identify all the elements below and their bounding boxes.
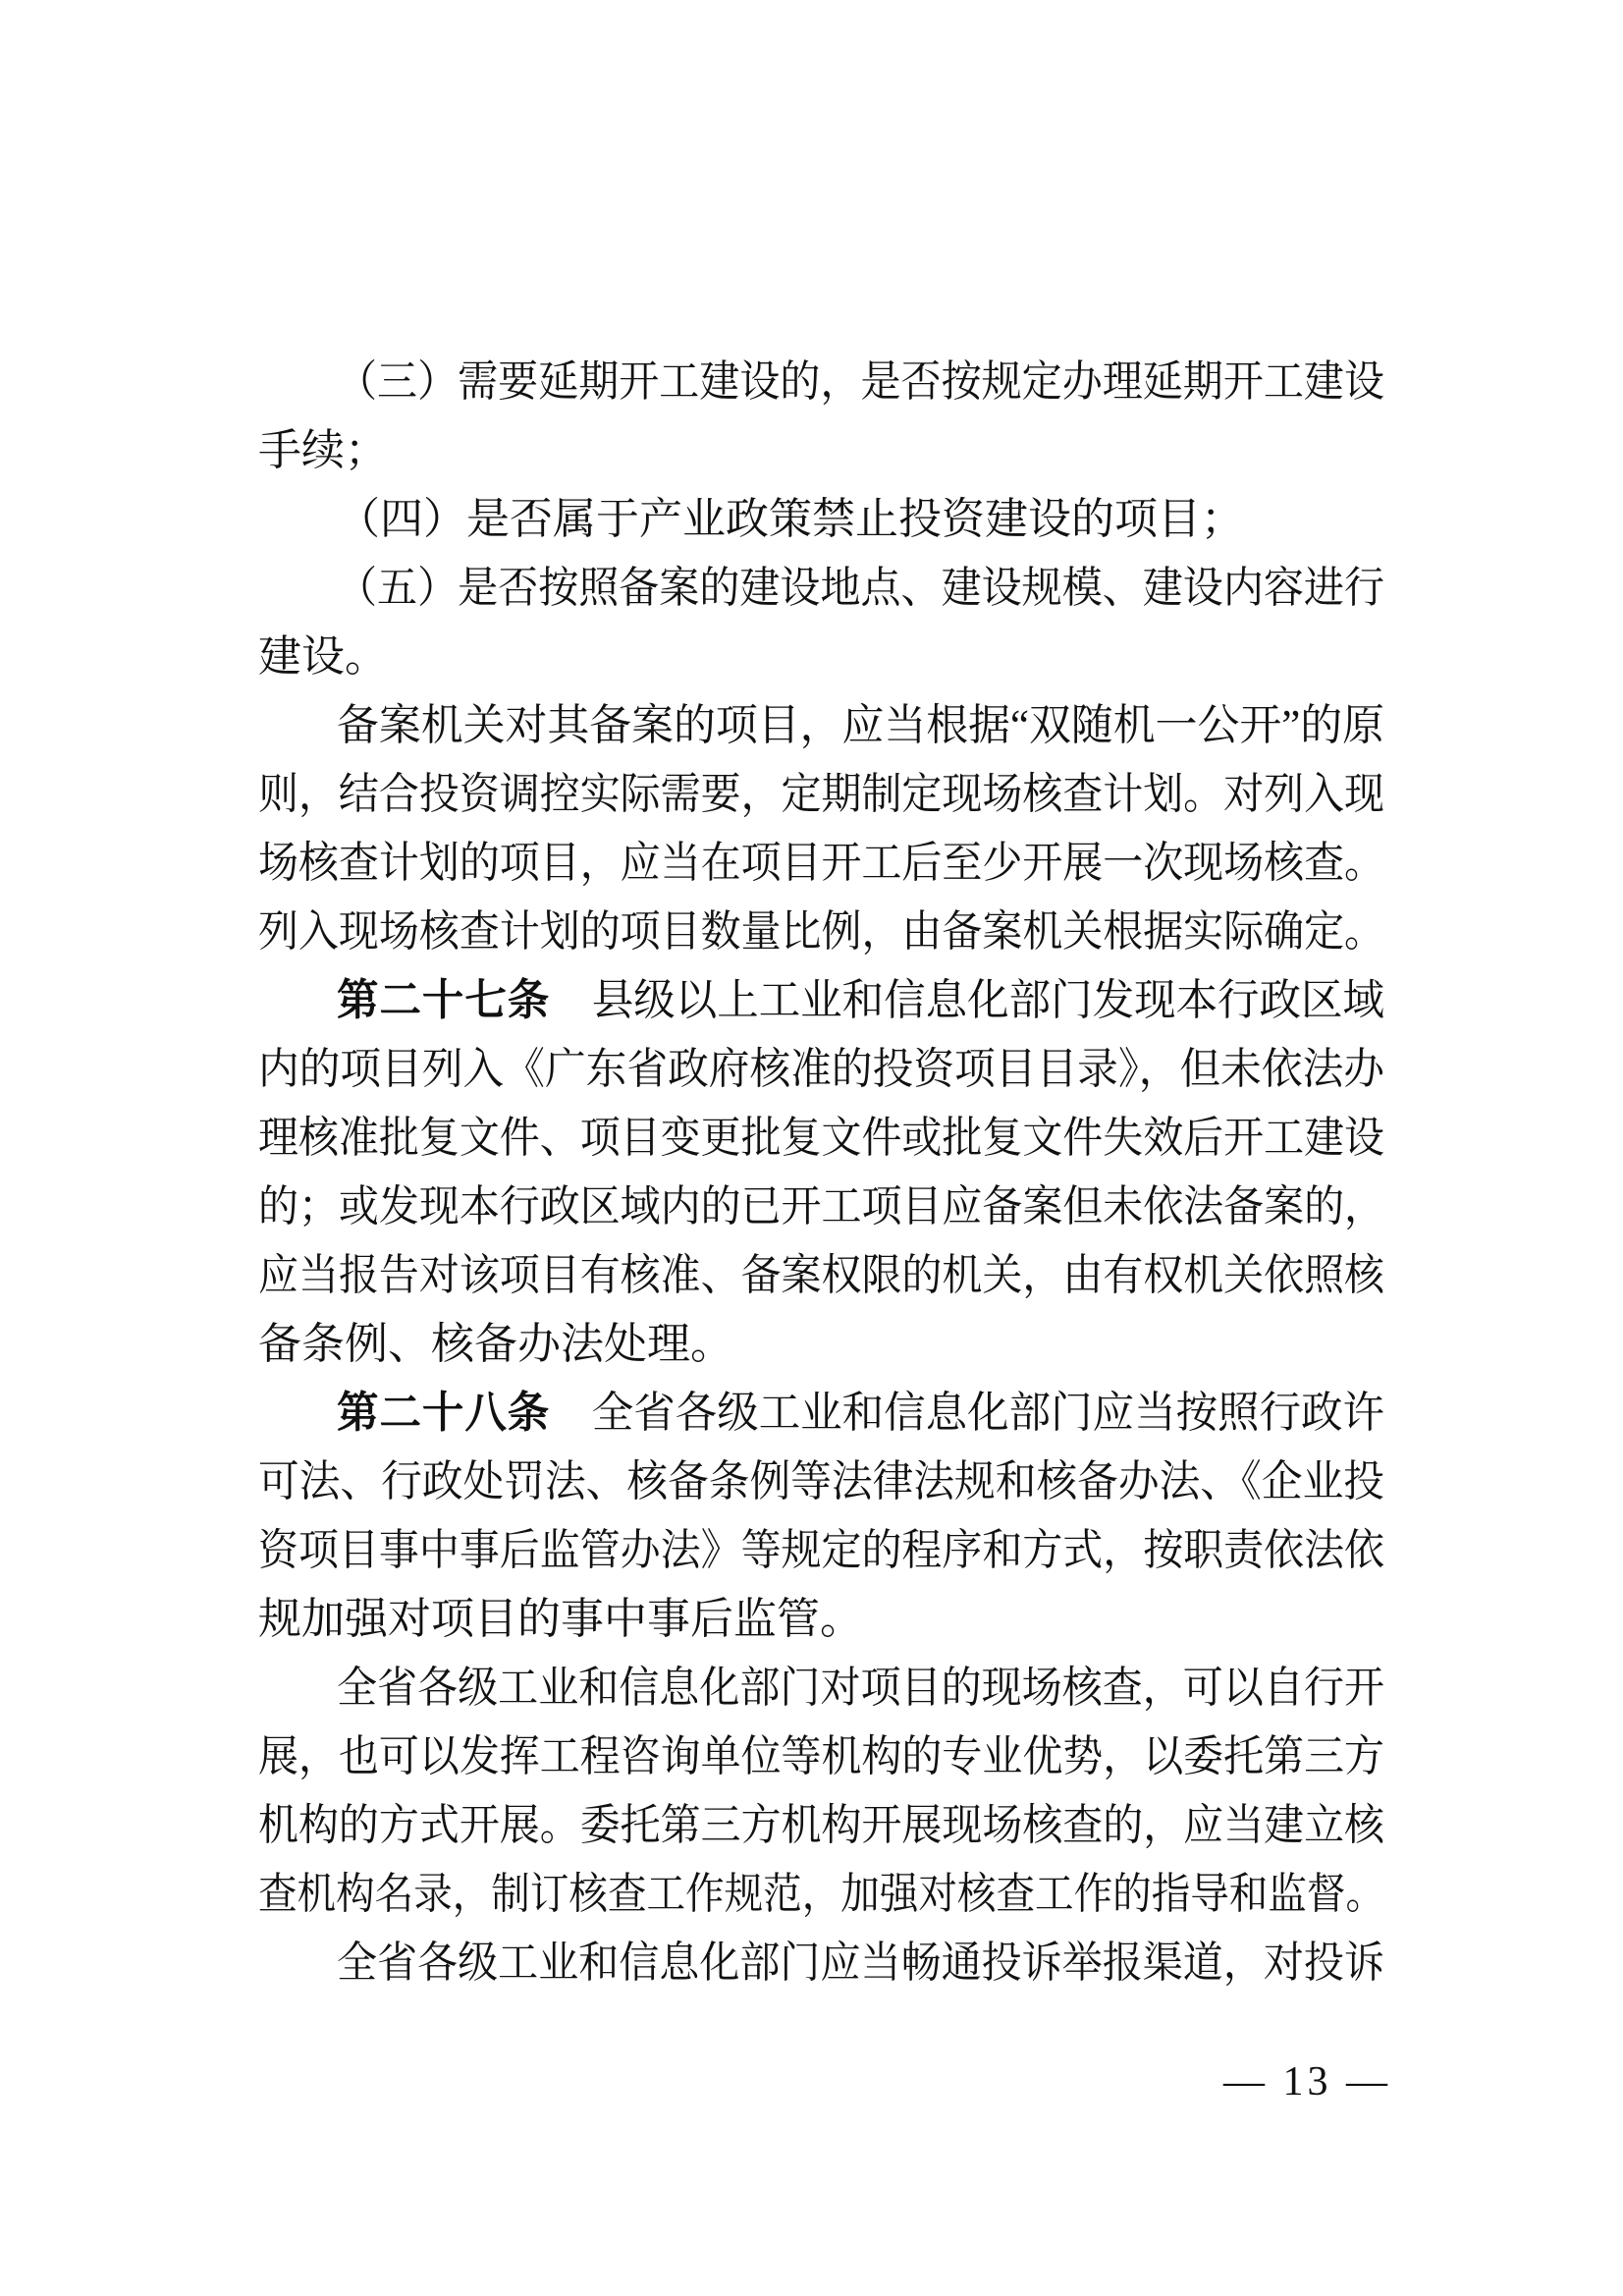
line-content: 备条例、核备办法处理。 <box>258 1310 733 1379</box>
line-content: 可法、行政处罚法、核备条例等法律法规和核备办法、《企业投 <box>258 1448 1384 1516</box>
article-number: 第二十八条 <box>337 1389 550 1437</box>
line-content: 则，结合投资调控实际需要，定期制定现场核查计划。对列入现 <box>258 760 1384 829</box>
line-content: 备案机关对其备案的项目，应当根据“双随机一公开”的原 <box>337 691 1384 760</box>
line-content: 第二十七条县级以上工业和信息化部门发现本行政区域 <box>337 966 1384 1035</box>
line-content: （四）是否属于产业政策禁止投资建设的项目； <box>337 485 1244 554</box>
article-number: 第二十七条 <box>337 976 550 1024</box>
text-line: 的；或发现本行政区域内的已开工项目应备案但未依法备案的， <box>258 1173 1384 1241</box>
line-content: 机构的方式开展。委托第三方机构开展现场核查的，应当建立核 <box>258 1791 1384 1860</box>
line-content: 全省各级工业和信息化部门应当畅通投诉举报渠道，对投诉 <box>337 1929 1384 1997</box>
text-line: 内的项目列入《广东省政府核准的投资项目目录》，但未依法办 <box>258 1035 1384 1104</box>
line-content: 资项目事中事后监管办法》等规定的程序和方式，按职责依法依 <box>258 1516 1384 1585</box>
text-line: 资项目事中事后监管办法》等规定的程序和方式，按职责依法依 <box>258 1516 1384 1585</box>
line-content: 列入现场核查计划的项目数量比例，由备案机关根据实际确定。 <box>258 898 1384 966</box>
line-content: 查机构名录，制订核查工作规范，加强对核查工作的指导和监督。 <box>258 1860 1384 1929</box>
article-heading-line: 第二十七条县级以上工业和信息化部门发现本行政区域 <box>258 966 1384 1035</box>
line-content: 全省各级工业和信息化部门对项目的现场核查，可以自行开 <box>337 1654 1384 1722</box>
line-content: （五）是否按照备案的建设地点、建设规模、建设内容进行 <box>337 554 1384 623</box>
text-line: 全省各级工业和信息化部门对项目的现场核查，可以自行开 <box>258 1654 1384 1722</box>
text-line: 列入现场核查计划的项目数量比例，由备案机关根据实际确定。 <box>258 898 1384 966</box>
text-line: 应当报告对该项目有核准、备案权限的机关，由有权机关依照核 <box>258 1241 1384 1310</box>
line-content: 内的项目列入《广东省政府核准的投资项目目录》，但未依法办 <box>258 1035 1384 1104</box>
text-line: 可法、行政处罚法、核备条例等法律法规和核备办法、《企业投 <box>258 1448 1384 1516</box>
text-line: 全省各级工业和信息化部门应当畅通投诉举报渠道，对投诉 <box>258 1929 1384 1997</box>
line-content: 第二十八条全省各级工业和信息化部门应当按照行政许 <box>337 1379 1384 1448</box>
text-line: 备条例、核备办法处理。 <box>258 1310 1384 1379</box>
line-content: 建设。 <box>258 623 388 691</box>
document-page: （三）需要延期开工建设的，是否按规定办理延期开工建设手续；（四）是否属于产业政策… <box>0 0 1623 2296</box>
text-line: 规加强对项目的事中事后监管。 <box>258 1585 1384 1654</box>
line-content: （三）需要延期开工建设的，是否按规定办理延期开工建设 <box>337 348 1384 416</box>
text-block: （三）需要延期开工建设的，是否按规定办理延期开工建设手续；（四）是否属于产业政策… <box>258 348 1384 1997</box>
text-line: （五）是否按照备案的建设地点、建设规模、建设内容进行 <box>258 554 1384 623</box>
line-content: 场核查计划的项目，应当在项目开工后至少开展一次现场核查。 <box>258 829 1384 898</box>
text-line: 建设。 <box>258 623 1384 691</box>
article-heading-line: 第二十八条全省各级工业和信息化部门应当按照行政许 <box>258 1379 1384 1448</box>
line-content: 展，也可以发挥工程咨询单位等机构的专业优势，以委托第三方 <box>258 1722 1384 1791</box>
text-line: （四）是否属于产业政策禁止投资建设的项目； <box>258 485 1384 554</box>
text-line: 则，结合投资调控实际需要，定期制定现场核查计划。对列入现 <box>258 760 1384 829</box>
line-content: 手续； <box>258 416 388 485</box>
line-content: 理核准批复文件、项目变更批复文件或批复文件失效后开工建设 <box>258 1104 1384 1173</box>
text-line: 备案机关对其备案的项目，应当根据“双随机一公开”的原 <box>258 691 1384 760</box>
line-content: 应当报告对该项目有核准、备案权限的机关，由有权机关依照核 <box>258 1241 1384 1310</box>
text-line: （三）需要延期开工建设的，是否按规定办理延期开工建设 <box>258 348 1384 416</box>
page-number: — 13 — <box>1223 2058 1391 2105</box>
text-line: 场核查计划的项目，应当在项目开工后至少开展一次现场核查。 <box>258 829 1384 898</box>
text-line: 理核准批复文件、项目变更批复文件或批复文件失效后开工建设 <box>258 1104 1384 1173</box>
line-content: 的；或发现本行政区域内的已开工项目应备案但未依法备案的， <box>258 1173 1384 1241</box>
text-line: 查机构名录，制订核查工作规范，加强对核查工作的指导和监督。 <box>258 1860 1384 1929</box>
text-line: 手续； <box>258 416 1384 485</box>
text-line: 机构的方式开展。委托第三方机构开展现场核查的，应当建立核 <box>258 1791 1384 1860</box>
line-content: 规加强对项目的事中事后监管。 <box>258 1585 863 1654</box>
text-line: 展，也可以发挥工程咨询单位等机构的专业优势，以委托第三方 <box>258 1722 1384 1791</box>
